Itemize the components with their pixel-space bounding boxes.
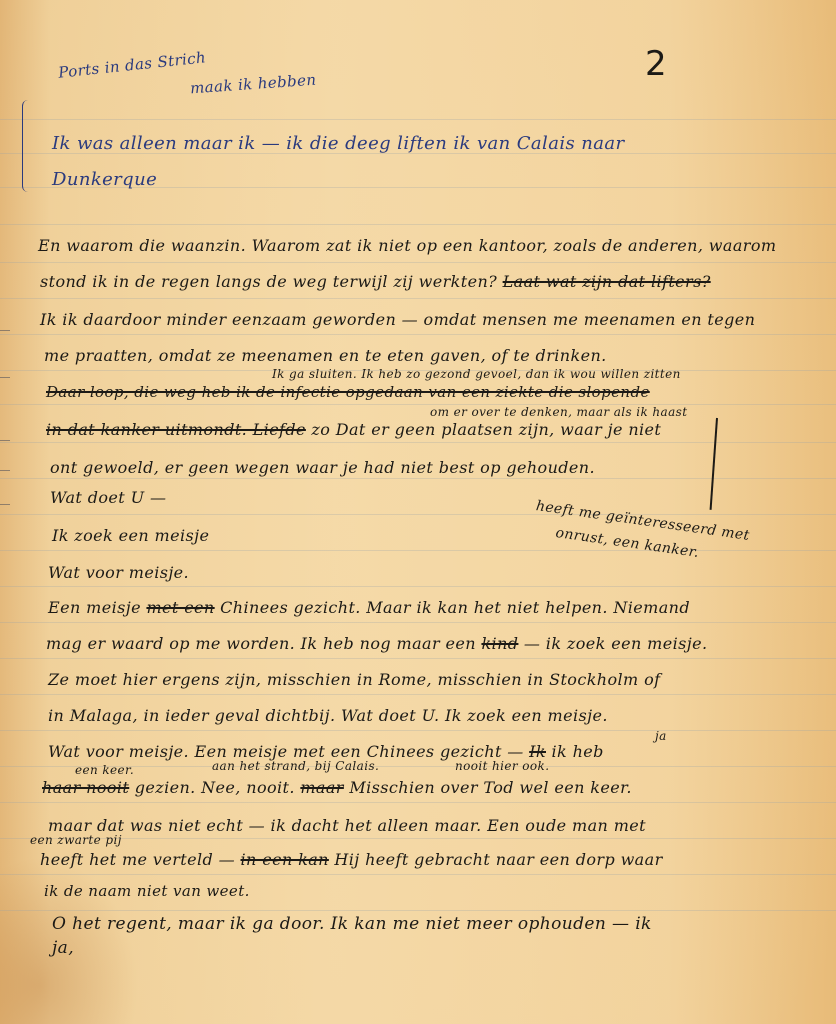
body-line-15-text-2: ik heb — [552, 742, 604, 761]
body-line-2-text: stond ik in de regen langs de weg terwij… — [40, 272, 497, 291]
body-line-10: Wat voor meisje. — [48, 565, 189, 581]
ruled-line — [0, 404, 836, 405]
insertion-above-line-6: om er over te denken, maar als ik haast — [430, 406, 687, 418]
insertion-above-line-15: ja — [655, 730, 667, 742]
insertion-below-right: nooit hier ook. — [455, 760, 549, 772]
blue-paragraph-line-1: Ik was alleen maar ik — ik die deeg lift… — [52, 135, 625, 153]
struck-text: met een — [146, 598, 214, 617]
struck-text: Laat wat zijn dat lifters? — [503, 272, 711, 291]
page-number: 2 — [645, 44, 667, 84]
ruled-line — [0, 262, 836, 263]
ruled-line — [0, 442, 836, 443]
body-line-3: Ik ik daardoor minder eenzaam geworden —… — [40, 312, 755, 328]
body-line-4: me praatten, omdat ze meenamen en te ete… — [44, 348, 607, 364]
body-line-21: ja, — [52, 940, 74, 957]
margin-tick — [0, 440, 10, 441]
body-line-6-text: zo Dat er geen plaatsen zijn, waar je ni… — [311, 420, 661, 439]
header-note-1: Ports in das Strich — [58, 50, 207, 80]
curly-brace-icon — [22, 100, 33, 192]
struck-text: in een kan — [241, 850, 329, 869]
body-line-12: mag er waard op me worden. Ik heb nog ma… — [46, 636, 707, 652]
insertion-below-left: een keer. — [75, 764, 134, 776]
ruled-line — [0, 730, 836, 731]
body-line-18: heeft het me verteld — in een kan Hij he… — [40, 852, 663, 868]
body-line-20: O het regent, maar ik ga door. Ik kan me… — [52, 916, 652, 933]
ruled-line — [0, 658, 836, 659]
body-line-12-text-2: — ik zoek een meisje. — [524, 634, 708, 653]
header-note-2: maak ik hebben — [190, 73, 317, 97]
ruled-line — [0, 514, 836, 515]
body-line-19: ik de naam niet van weet. — [44, 884, 250, 899]
margin-tick — [0, 330, 10, 331]
body-line-6: in dat kanker uitmondt. Liefde zo Dat er… — [46, 422, 661, 438]
ruled-line — [0, 224, 836, 225]
body-line-9: Ik zoek een meisje — [52, 528, 209, 544]
body-line-11-text: Een meisje — [48, 598, 141, 617]
body-line-12-text: mag er waard op me worden. Ik heb nog ma… — [46, 634, 476, 653]
body-line-2: stond ik in de regen langs de weg terwij… — [40, 274, 711, 290]
body-line-18-text: heeft het me verteld — — [40, 850, 235, 869]
manuscript-page: Ports in das Strich maak ik hebben 2 Ik … — [0, 0, 836, 1024]
struck-text: in dat kanker uitmondt. Liefde — [46, 420, 306, 439]
ruled-line — [0, 838, 836, 839]
margin-tick — [0, 504, 10, 505]
ruled-line — [0, 298, 836, 299]
body-line-5-struck: Daar loop, die weg heb ik de infectie op… — [46, 385, 650, 400]
ruled-line — [0, 910, 836, 911]
body-line-18-text-2: Hij heeft gebracht naar een dorp waar — [334, 850, 662, 869]
margin-tick — [0, 470, 10, 471]
body-line-8: Wat doet U — — [50, 490, 166, 506]
body-line-7: ont gewoeld, er geen wegen waar je had n… — [50, 460, 595, 476]
body-line-1: En waarom die waanzin. Waarom zat ik nie… — [38, 238, 776, 254]
margin-tick — [0, 377, 10, 378]
ruled-line — [0, 334, 836, 335]
ruled-line — [0, 874, 836, 875]
struck-text: haar nooit — [42, 778, 129, 797]
body-line-14: in Malaga, in ieder geval dichtbij. Wat … — [48, 708, 608, 724]
ruled-line — [0, 119, 836, 120]
insertion-below-mid: aan het strand, bij Calais. — [212, 760, 379, 772]
body-line-15: Wat voor meisje. Een meisje met een Chin… — [48, 744, 604, 760]
ruled-line — [0, 802, 836, 803]
margin-bracket-line — [710, 418, 718, 510]
ruled-line — [0, 694, 836, 695]
struck-text-2: maar — [300, 778, 344, 797]
insertion-above-line-5: Ik ga sluiten. Ik heb zo gezond gevoel, … — [272, 368, 681, 380]
body-line-16-text-2: Misschien over Tod wel een keer. — [349, 778, 632, 797]
body-line-17: maar dat was niet echt — ik dacht het al… — [48, 818, 646, 834]
ruled-line — [0, 550, 836, 551]
struck-text: kind — [481, 634, 518, 653]
body-line-16: haar nooit gezien. Nee, nooit. maar Miss… — [42, 780, 632, 796]
ruled-line — [0, 478, 836, 479]
body-line-16-text: gezien. Nee, nooit. — [135, 778, 295, 797]
ruled-line — [0, 586, 836, 587]
body-line-11: Een meisje met een Chinees gezicht. Maar… — [48, 600, 690, 616]
insertion-above-line-18: een zwarte pij — [30, 834, 122, 846]
body-line-11-text-2: Chinees gezicht. Maar ik kan het niet he… — [220, 598, 690, 617]
ruled-line — [0, 622, 836, 623]
blue-paragraph-line-2: Dunkerque — [52, 171, 157, 189]
body-line-13: Ze moet hier ergens zijn, misschien in R… — [48, 672, 660, 688]
